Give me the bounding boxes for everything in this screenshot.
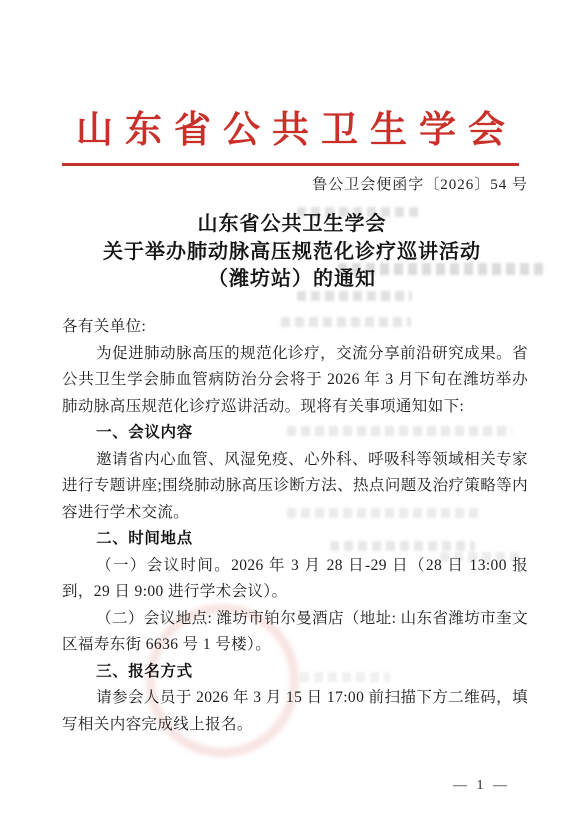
section-3-heading: 三、报名方式 [62,659,528,686]
notice-title-line2: 关于举办肺动脉高压规范化诊疗巡讲活动 [47,239,537,267]
salutation: 各有关单位: [62,314,528,341]
letterhead-divider [62,163,519,166]
section-1-heading: 一、会议内容 [62,420,528,447]
notice-title-line1: 山东省公共卫生学会 [47,211,537,239]
section-2-paragraph-1: （一）会议时间。2026 年 3 月 28 日-29 日（28 日 13:00 … [62,553,528,606]
doc-number: 鲁公卫会便函字〔2026〕54 号 [62,173,528,194]
notice-title: 山东省公共卫生学会 关于举办肺动脉高压规范化诊疗巡讲活动 （潍坊站）的通知 [47,211,537,294]
page-number: — 1 — [0,778,510,794]
notice-body: 各有关单位: 为促进肺动脉高压的规范化诊疗，交流分享前沿研究成果。省公共卫生学会… [62,314,528,738]
org-name: 山东省公共卫生学会 [62,99,519,153]
section-1-paragraph: 邀请省内心血管、风湿免疫、心外科、呼吸科等领域相关专家进行专题讲座;围绕肺动脉高… [62,447,528,527]
section-2-heading: 二、时间地点 [62,526,528,553]
notice-title-line3: （潍坊站）的通知 [47,266,537,294]
section-2-paragraph-2: （二）会议地点: 潍坊市铂尔曼酒店（地址: 山东省潍坊市奎文区福寿东街 6636… [62,606,528,659]
document-page: 山东省公共卫生学会 鲁公卫会便函字〔2026〕54 号 山东省公共卫生学会 关于… [0,0,565,820]
section-3-paragraph: 请参会人员于 2026 年 3 月 15 日 17:00 前扫描下方二维码，填写… [62,685,528,738]
intro-paragraph: 为促进肺动脉高压的规范化诊疗，交流分享前沿研究成果。省公共卫生学会肺血管病防治分… [62,341,528,421]
